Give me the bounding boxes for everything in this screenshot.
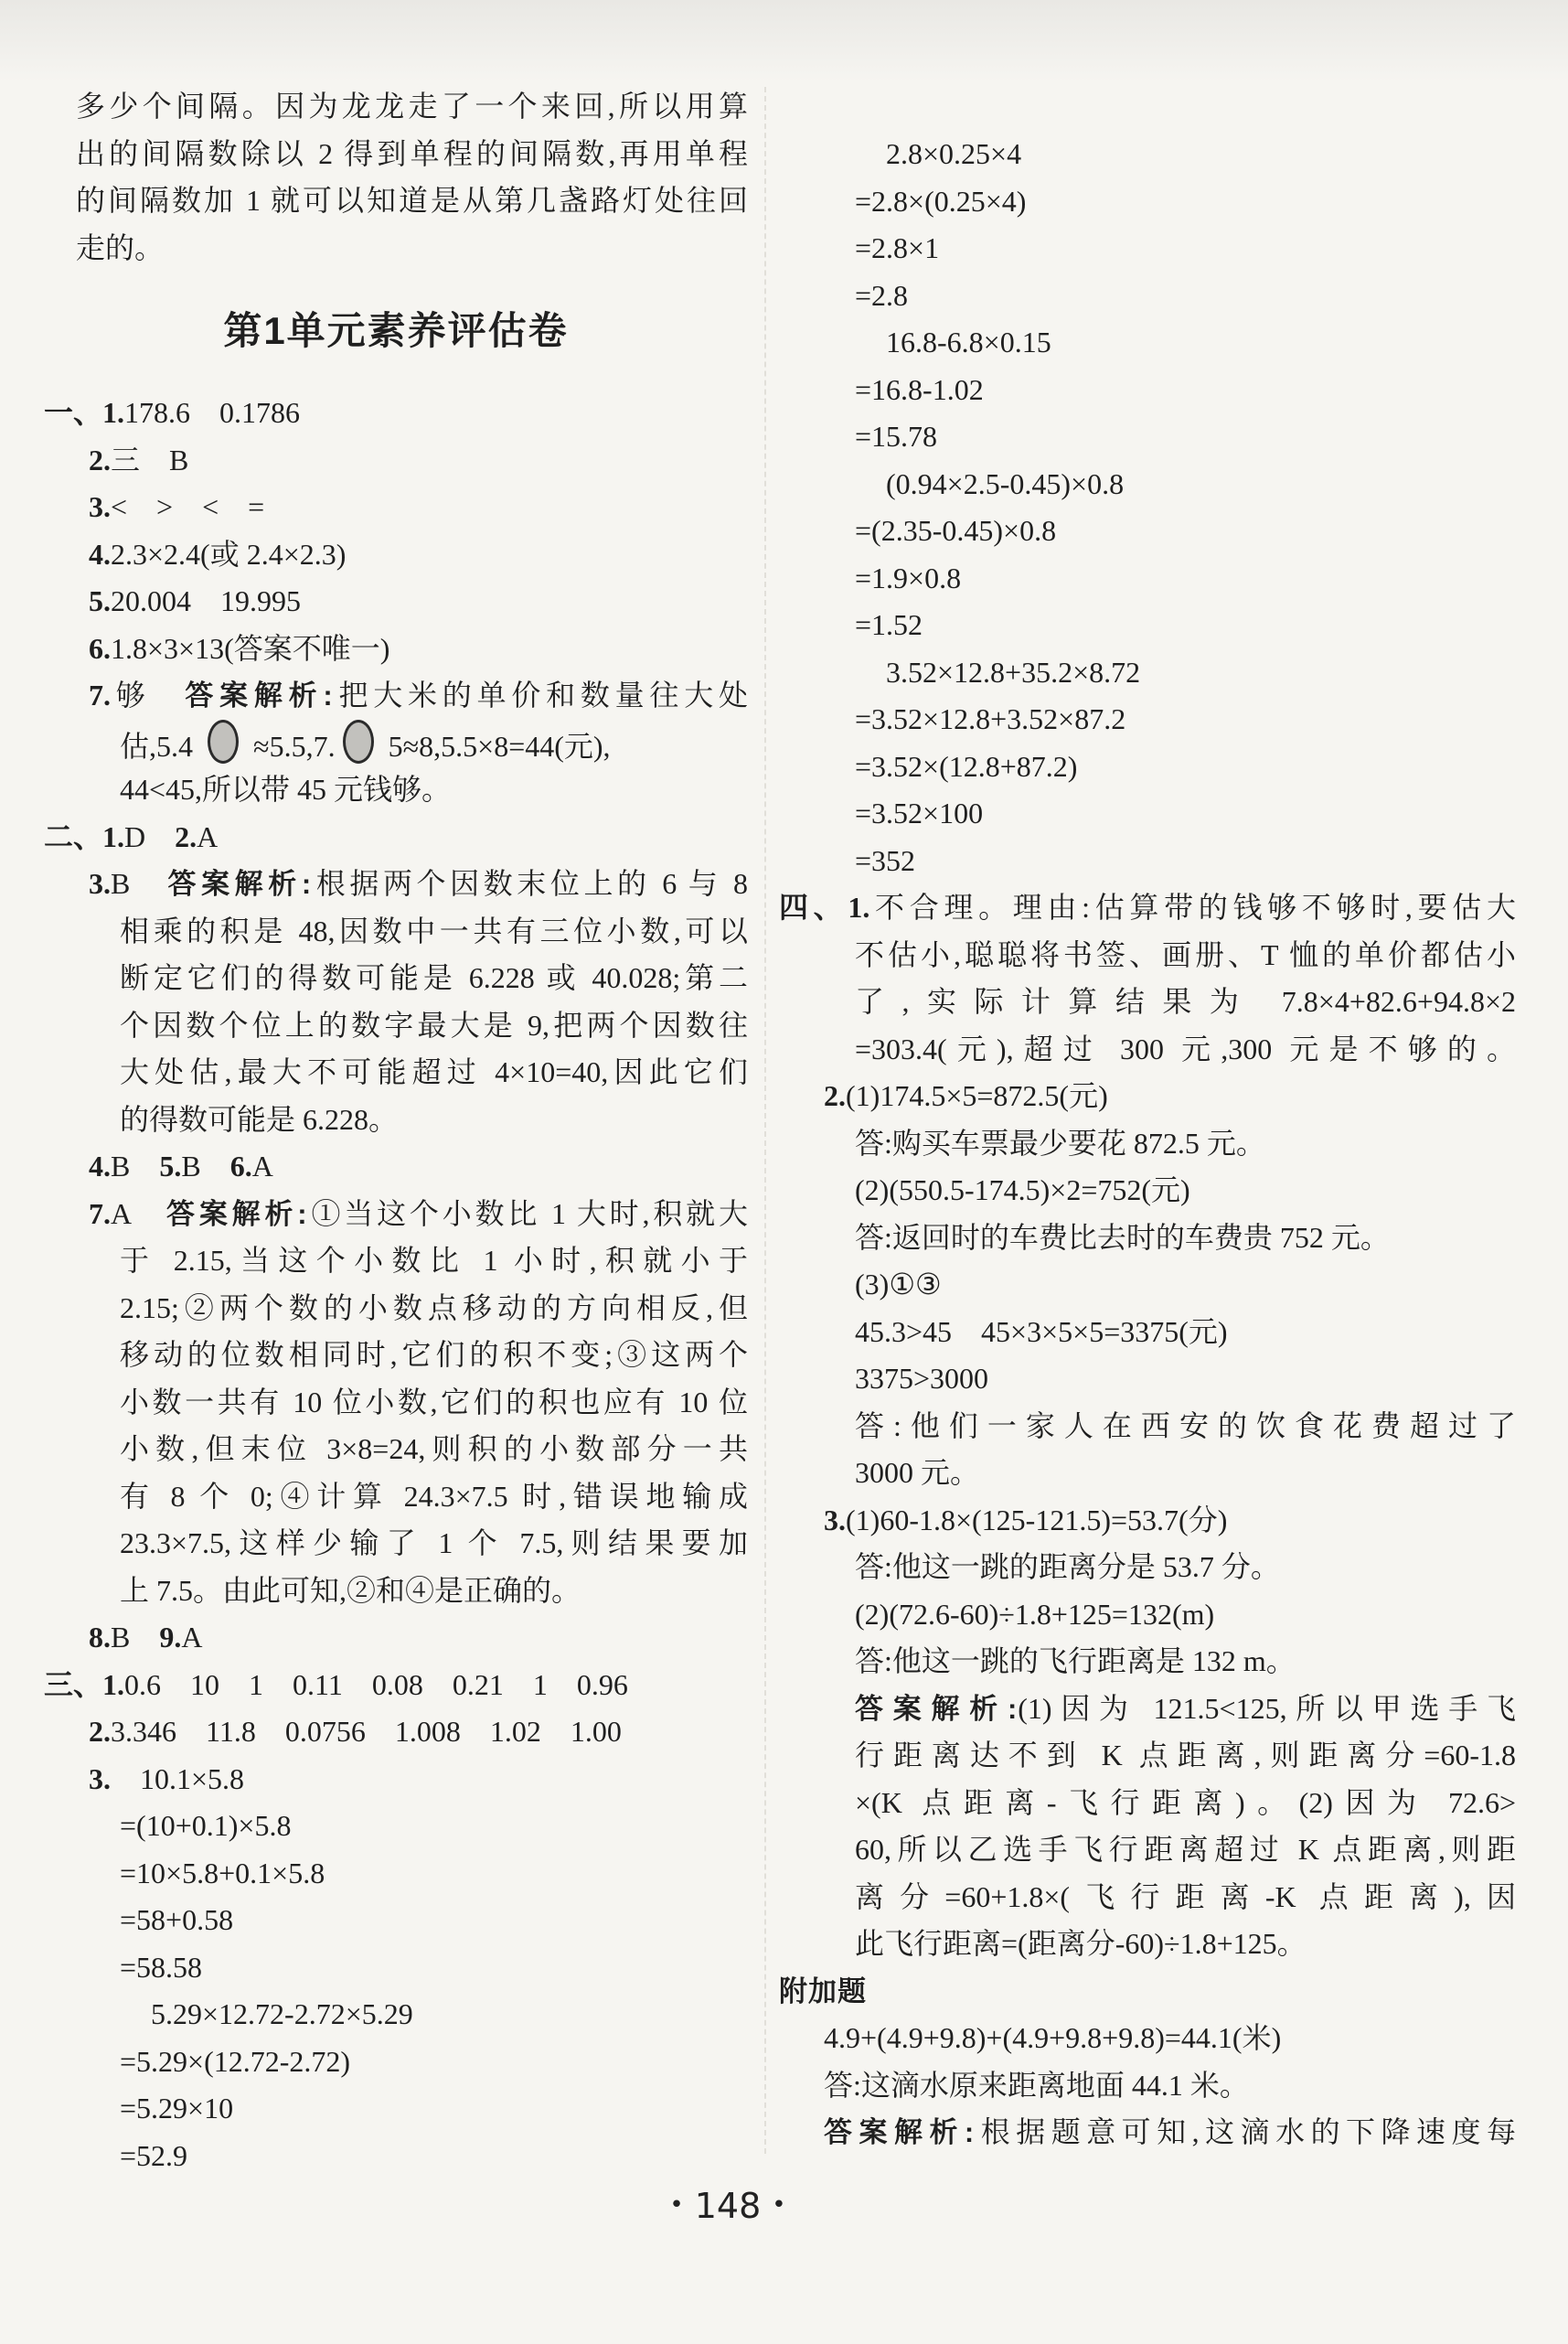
text-segment: 3375>3000 [855, 1362, 988, 1395]
text-segment: 3. [89, 490, 111, 523]
text-segment: 60,所以乙选手飞行距离超过 K 点距离,则距 [855, 1833, 1516, 1866]
answer-line: 2.三 B [44, 437, 748, 485]
answer-line: 移动的位数相同时,它们的积不变;③这两个 [44, 1332, 748, 1379]
answer-line: 小数一共有 10 位小数,它们的积也应有 10 位 [44, 1379, 748, 1427]
answer-line: 4.9+(4.9+9.8)+(4.9+9.8+9.8)=44.1(米) [779, 2015, 1516, 2062]
answer-line: 四、1.不合理。理由:估算带的钱够不够时,要估大 [779, 884, 1516, 932]
text-segment: 答案解析: [168, 868, 313, 900]
answer-line: 断定它们的得数可能是 6.228 或 40.028;第二 [44, 955, 748, 1002]
text-segment: =(10+0.1)×5.8 [120, 1809, 291, 1842]
text-segment: 6. [89, 632, 111, 665]
section-heading: 第1单元素养评估卷 [44, 272, 748, 390]
text-segment: (1)174.5×5=872.5(元) [846, 1079, 1108, 1112]
text-segment: (2)(550.5-174.5)×2=752(元) [855, 1173, 1190, 1206]
text-segment: 7. [89, 679, 111, 712]
text-segment: B [111, 1150, 159, 1183]
answer-line: 3.B 答案解析:根据两个因数末位上的 6 与 8 [44, 861, 748, 908]
text-segment: 的间隔数加 1 就可以知道是从第几盏路灯处往回 [76, 184, 748, 217]
text-segment: 多少个间隔。因为龙龙走了一个来回,所以用算 [76, 90, 748, 123]
text-segment: 离分=60+1.8×(飞行距离-K 点距离),因 [855, 1880, 1516, 1913]
text-segment: 2.8×0.25×4 [886, 137, 1021, 170]
text-segment: =3.52×100 [855, 797, 983, 829]
text-segment: 45.3>45 45×3×5×5=3375(元) [855, 1315, 1228, 1348]
text-segment: A [197, 820, 218, 853]
text-segment: 1.8×3×13(答案不唯一) [111, 632, 389, 665]
oval-blank-icon [208, 720, 239, 764]
page-number-left-dot: • [669, 2191, 683, 2219]
text-segment: 不合理。理由:估算带的钱够不够时,要估大 [869, 891, 1516, 924]
answer-line: =1.52 [779, 602, 1516, 649]
answer-line: 5.29×12.72-2.72×5.29 [44, 1991, 748, 2039]
text-segment: 2.15;②两个数的小数点移动的方向相反,但 [120, 1291, 748, 1324]
text-segment: 16.8-6.8×0.15 [886, 326, 1051, 359]
text-segment: 个因数个位上的数字最大是 9,把两个因数往 [120, 1009, 748, 1042]
answer-line: =16.8-1.02 [779, 367, 1516, 414]
text-segment: 附加题 [779, 1975, 867, 2007]
text-segment: 6. [230, 1150, 252, 1183]
text-segment: 8. [89, 1621, 111, 1654]
answer-line: 了,实际计算结果为 7.8×4+82.6+94.8×2 [779, 979, 1516, 1026]
text-segment: 四、1. [779, 891, 869, 924]
answer-line: 16.8-6.8×0.15 [779, 319, 1516, 367]
text-segment: =52.9 [120, 2139, 187, 2172]
text-segment: 答案解析: [185, 680, 333, 712]
text-segment: 此飞行距离=(距离分-60)÷1.8+125。 [855, 1927, 1307, 1960]
answer-line: 一、1.178.6 0.1786 [44, 390, 748, 437]
answer-line: 答案解析:根据题意可知,这滴水的下降速度每 [779, 2109, 1516, 2157]
answer-line: 5.20.004 19.995 [44, 578, 748, 626]
answer-line: 23.3×7.5,这样少输了 1 个 7.5,则结果要加 [44, 1520, 748, 1568]
answer-line: 答:他们一家人在西安的饮食花费超过了 [779, 1403, 1516, 1450]
text-segment: =352 [855, 844, 915, 877]
answer-line: 3.52×12.8+35.2×8.72 [779, 649, 1516, 697]
answer-line: =58+0.58 [44, 1897, 748, 1944]
answer-line: (2)(72.6-60)÷1.8+125=132(m) [779, 1591, 1516, 1639]
answer-line: 4.B 5.B 6.A [44, 1143, 748, 1191]
text-segment: 出的间隔数除以 2 得到单程的间隔数,再用单程 [76, 137, 748, 170]
answer-line: 7.够 答案解析:把大米的单价和数量往大处 [44, 672, 748, 720]
text-segment: =5.29×10 [120, 2092, 233, 2125]
text-segment: 二、1. [44, 820, 124, 853]
text-segment: 一、1. [44, 396, 124, 429]
answer-line: =303.4(元),超过 300 元,300 元是不够的。 [779, 1026, 1516, 1074]
text-segment: 7. [89, 1197, 111, 1230]
page-number-value: 148 [695, 2186, 762, 2226]
text-segment: 答:这滴水原来距离地面 44.1 米。 [824, 2069, 1249, 2102]
answer-line: 有 8 个 0;④计算 24.3×7.5 时,错误地输成 [44, 1473, 748, 1521]
text-segment: A [252, 1150, 273, 1183]
text-segment: 答:他这一跳的距离分是 53.7 分。 [855, 1550, 1280, 1583]
text-segment: 4. [89, 1150, 111, 1183]
text-segment: < > < = [111, 490, 264, 523]
answer-key-page: 多少个间隔。因为龙龙走了一个来回,所以用算出的间隔数除以 2 得到单程的间隔数,… [0, 0, 1568, 2344]
text-segment: 小数一共有 10 位小数,它们的积也应有 10 位 [120, 1386, 748, 1418]
answer-line: 答:购买车票最少要花 872.5 元。 [779, 1120, 1516, 1168]
right-column: 2.8×0.25×4=2.8×(0.25×4)=2.8×1=2.816.8-6.… [779, 0, 1516, 2157]
answer-line: 2.3.346 11.8 0.0756 1.008 1.02 1.00 [44, 1708, 748, 1756]
text-segment: =15.78 [855, 420, 937, 453]
answer-line: 的得数可能是 6.228。 [44, 1097, 748, 1144]
answer-line: =(2.35-0.45)×0.8 [779, 508, 1516, 555]
text-segment: 20.004 19.995 [111, 584, 301, 617]
page-number: •148• [591, 2186, 865, 2226]
text-segment: (0.94×2.5-0.45)×0.8 [886, 467, 1124, 500]
text-segment: =2.8×(0.25×4) [855, 185, 1026, 218]
text-segment: ≈5.5,7. [246, 730, 336, 763]
answer-line: 2.(1)174.5×5=872.5(元) [779, 1073, 1516, 1120]
text-segment: 根据题意可知,这滴水的下降速度每 [975, 2115, 1516, 2148]
text-segment: 断定它们的得数可能是 6.228 或 40.028;第二 [120, 961, 748, 994]
text-segment: 不估小,聪聪将书签、画册、T 恤的单价都估小 [855, 938, 1516, 971]
answer-line: 上 7.5。由此可知,②和④是正确的。 [44, 1568, 748, 1615]
text-segment: B [181, 1150, 229, 1183]
answer-line: =10×5.8+0.1×5.8 [44, 1850, 748, 1898]
text-segment: (1)因为 121.5<125,所以甲选手飞 [1018, 1692, 1516, 1725]
column-divider [764, 87, 766, 2154]
answer-line: 7.A 答案解析:①当这个小数比 1 大时,积就大 [44, 1191, 748, 1238]
answer-line: (2)(550.5-174.5)×2=752(元) [779, 1167, 1516, 1215]
answer-line: =3.52×(12.8+87.2) [779, 744, 1516, 791]
answer-line: 3375>3000 [779, 1355, 1516, 1403]
text-segment: 3000 元。 [855, 1456, 979, 1489]
answer-line: =(10+0.1)×5.8 [44, 1803, 748, 1850]
text-segment: 小数,但末位 3×8=24,则积的小数部分一共 [120, 1432, 748, 1465]
text-segment: =2.8 [855, 279, 908, 312]
answer-line: 8.B 9.A [44, 1614, 748, 1662]
text-segment: 三 B [111, 444, 188, 476]
text-segment: 5. [159, 1150, 181, 1183]
answer-line: 3. 10.1×5.8 [44, 1756, 748, 1803]
answer-line: 3.(1)60-1.8×(125-121.5)=53.7(分) [779, 1497, 1516, 1545]
text-segment: B [111, 1621, 159, 1654]
answer-line: (0.94×2.5-0.45)×0.8 [779, 461, 1516, 508]
text-segment: A [111, 1197, 166, 1230]
text-segment: 答:返回时的车费比去时的车费贵 752 元。 [855, 1221, 1390, 1254]
text-segment: 5≈8,5.5×8=44(元), [381, 730, 611, 763]
text-segment: =16.8-1.02 [855, 373, 984, 406]
answer-line: 二、1.D 2.A [44, 814, 748, 862]
text-segment: =2.8×1 [855, 231, 939, 264]
text-segment: 2. [89, 444, 111, 476]
oval-blank-icon [343, 720, 374, 764]
text-segment: 答:他这一跳的飞行距离是 132 m。 [855, 1644, 1296, 1677]
answer-line: =5.29×(12.72-2.72) [44, 2039, 748, 2086]
answer-line: 4.2.3×2.4(或 2.4×2.3) [44, 531, 748, 579]
text-segment: 答案解析: [855, 1693, 1018, 1725]
text-segment: 的得数可能是 6.228。 [120, 1103, 398, 1136]
text-segment: 2. [175, 820, 197, 853]
text-segment: 移动的位数相同时,它们的积不变;③这两个 [120, 1338, 748, 1371]
answer-line: 离分=60+1.8×(飞行距离-K 点距离),因 [779, 1874, 1516, 1921]
answer-line: 于 2.15,当这个小数比 1 小时,积就小于 [44, 1237, 748, 1285]
text-segment: 3. [824, 1504, 846, 1536]
text-segment: 答案解析: [166, 1198, 308, 1230]
text-segment: 第1单元素养评估卷 [223, 309, 568, 352]
text-segment: (2)(72.6-60)÷1.8+125=132(m) [855, 1598, 1214, 1631]
answer-line: 60,所以乙选手飞行距离超过 K 点距离,则距 [779, 1826, 1516, 1874]
text-segment: 估,5.4 [120, 730, 200, 763]
answer-line: 的间隔数加 1 就可以知道是从第几盏路灯处往回 [44, 177, 748, 225]
answer-line: 多少个间隔。因为龙龙走了一个来回,所以用算 [44, 83, 748, 131]
answer-line: (3)①③ [779, 1261, 1516, 1309]
text-segment: =303.4(元),超过 300 元,300 元是不够的。 [855, 1033, 1516, 1065]
text-segment: B [111, 867, 168, 900]
text-segment: 0.6 10 1 0.11 0.08 0.21 1 0.96 [124, 1668, 628, 1701]
answer-line: =58.58 [44, 1944, 748, 1992]
answer-line: 行距离达不到 K 点距离,则距离分=60-1.8 [779, 1732, 1516, 1780]
text-segment: ①当这个小数比 1 大时,积就大 [308, 1197, 748, 1230]
text-segment: 178.6 0.1786 [124, 396, 300, 429]
answer-line: =1.9×0.8 [779, 555, 1516, 603]
text-segment: D [124, 820, 175, 853]
answer-line: =3.52×100 [779, 790, 1516, 838]
answer-line: 答:这滴水原来距离地面 44.1 米。 [779, 2062, 1516, 2110]
answer-line: =52.9 [44, 2133, 748, 2180]
answer-line: 大处估,最大不可能超过 4×10=40,因此它们 [44, 1049, 748, 1097]
text-segment: 答:他们一家人在西安的饮食花费超过了 [855, 1409, 1516, 1442]
answer-line: ×(K 点距离-飞行距离)。(2)因为 72.6> [779, 1780, 1516, 1827]
answer-line: 小数,但末位 3×8=24,则积的小数部分一共 [44, 1426, 748, 1473]
text-segment: =(2.35-0.45)×0.8 [855, 514, 1056, 547]
text-segment: 2. [824, 1079, 846, 1112]
answer-line: 三、1.0.6 10 1 0.11 0.08 0.21 1 0.96 [44, 1662, 748, 1709]
answer-line: =5.29×10 [44, 2085, 748, 2133]
text-segment: 9. [159, 1621, 181, 1654]
answer-line: 不估小,聪聪将书签、画册、T 恤的单价都估小 [779, 932, 1516, 979]
text-segment: 4. [89, 538, 111, 571]
answer-line: 3000 元。 [779, 1450, 1516, 1497]
answer-line: 个因数个位上的数字最大是 9,把两个因数往 [44, 1002, 748, 1050]
text-segment: =5.29×(12.72-2.72) [120, 2045, 350, 2078]
text-segment: 3. [89, 867, 111, 900]
text-segment: 23.3×7.5,这样少输了 1 个 7.5,则结果要加 [120, 1526, 748, 1559]
answer-line: 6.1.8×3×13(答案不唯一) [44, 626, 748, 673]
text-segment: 行距离达不到 K 点距离,则距离分=60-1.8 [855, 1739, 1516, 1771]
text-segment: 3.52×12.8+35.2×8.72 [886, 656, 1140, 689]
text-segment: (3)①③ [855, 1268, 942, 1300]
text-segment: ×(K 点距离-飞行距离)。(2)因为 72.6> [855, 1786, 1516, 1819]
answer-line: 答案解析:(1)因为 121.5<125,所以甲选手飞 [779, 1686, 1516, 1733]
answer-line: 此飞行距离=(距离分-60)÷1.8+125。 [779, 1921, 1516, 1968]
text-segment: 上 7.5。由此可知,②和④是正确的。 [120, 1574, 581, 1607]
text-segment: =1.9×0.8 [855, 562, 961, 594]
answer-line: 走的。 [44, 225, 748, 273]
text-segment: 5.29×12.72-2.72×5.29 [151, 1997, 413, 2030]
answer-line: 3.< > < = [44, 484, 748, 531]
answer-line: 出的间隔数除以 2 得到单程的间隔数,再用单程 [44, 131, 748, 178]
text-segment: 根据两个因数末位上的 6 与 8 [312, 867, 748, 900]
text-segment: 2. [89, 1715, 111, 1748]
answer-line: =2.8 [779, 273, 1516, 320]
text-segment: 三、1. [44, 1668, 124, 1701]
answer-line: 44<45,所以带 45 元钱够。 [44, 766, 748, 814]
text-segment: 了,实际计算结果为 7.8×4+82.6+94.8×2 [855, 985, 1516, 1018]
text-segment: 相乘的积是 48,因数中一共有三位小数,可以 [120, 915, 748, 947]
text-segment: A [181, 1621, 202, 1654]
text-segment: =58+0.58 [120, 1903, 233, 1936]
text-segment: 走的。 [76, 231, 164, 264]
text-segment: =10×5.8+0.1×5.8 [120, 1857, 325, 1889]
left-column: 多少个间隔。因为龙龙走了一个来回,所以用算出的间隔数除以 2 得到单程的间隔数,… [44, 0, 748, 2179]
text-segment: 够 [111, 679, 185, 712]
answer-line: 2.8×0.25×4 [779, 131, 1516, 178]
text-segment: 44<45,所以带 45 元钱够。 [120, 773, 451, 806]
text-segment: 有 8 个 0;④计算 24.3×7.5 时,错误地输成 [120, 1480, 748, 1513]
answer-line: 答:他这一跳的飞行距离是 132 m。 [779, 1638, 1516, 1686]
answer-line: 附加题 [779, 1968, 1516, 2016]
answer-line: =2.8×(0.25×4) [779, 178, 1516, 226]
text-segment: =1.52 [855, 608, 923, 641]
text-segment: 把大米的单价和数量往大处 [334, 679, 748, 712]
answer-line: =2.8×1 [779, 225, 1516, 273]
answer-line: 答:返回时的车费比去时的车费贵 752 元。 [779, 1215, 1516, 1262]
answer-line: =352 [779, 838, 1516, 885]
page-number-right-dot: • [772, 2191, 785, 2219]
text-segment: =3.52×12.8+3.52×87.2 [855, 702, 1125, 735]
text-segment: 3.346 11.8 0.0756 1.008 1.02 1.00 [111, 1715, 622, 1748]
text-segment: 10.1×5.8 [111, 1762, 244, 1795]
text-segment: 5. [89, 584, 111, 617]
text-segment: 3. [89, 1762, 111, 1795]
answer-line: 相乘的积是 48,因数中一共有三位小数,可以 [44, 908, 748, 956]
answer-line: 45.3>45 45×3×5×5=3375(元) [779, 1309, 1516, 1356]
text-segment: =58.58 [120, 1951, 202, 1984]
text-segment: (1)60-1.8×(125-121.5)=53.7(分) [846, 1504, 1227, 1536]
text-segment: 答:购买车票最少要花 872.5 元。 [855, 1127, 1265, 1160]
answer-line: =3.52×12.8+3.52×87.2 [779, 696, 1516, 744]
text-segment: 大处估,最大不可能超过 4×10=40,因此它们 [120, 1055, 748, 1088]
text-segment: =3.52×(12.8+87.2) [855, 750, 1077, 783]
text-segment: 2.3×2.4(或 2.4×2.3) [111, 538, 346, 571]
text-segment: 于 2.15,当这个小数比 1 小时,积就小于 [120, 1244, 748, 1277]
text-segment: 答案解析: [824, 2116, 975, 2148]
text-segment: 4.9+(4.9+9.8)+(4.9+9.8+9.8)=44.1(米) [824, 2021, 1281, 2054]
answer-line: 2.15;②两个数的小数点移动的方向相反,但 [44, 1285, 748, 1333]
answer-line: 答:他这一跳的距离分是 53.7 分。 [779, 1544, 1516, 1591]
answer-line: =15.78 [779, 413, 1516, 461]
answer-line: 估,5.4 ≈5.5,7. 5≈8,5.5×8=44(元), [44, 720, 748, 767]
